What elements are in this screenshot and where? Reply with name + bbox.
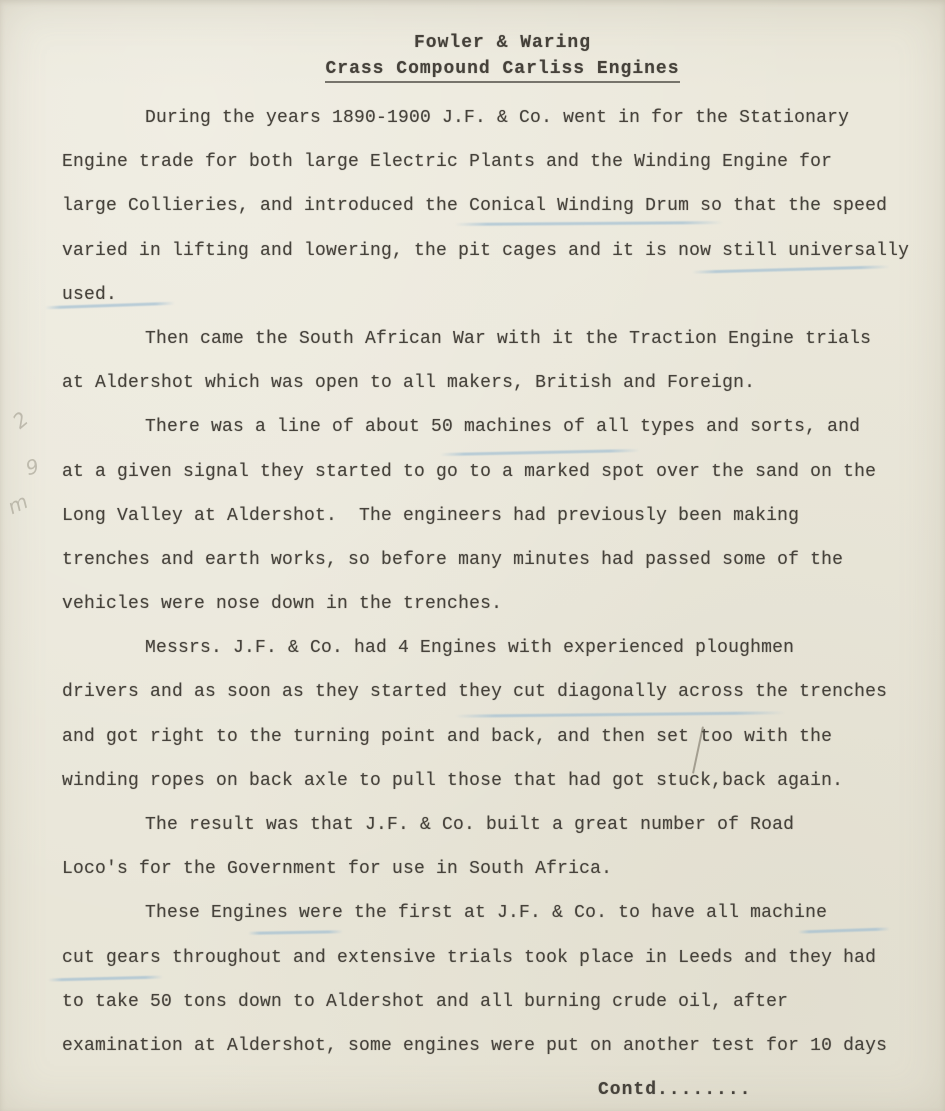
text-line: to take 50 tons down to Aldershot and al… [62,980,907,1024]
text-line: Engine trade for both large Electric Pla… [62,140,907,184]
text-line: There was a line of about 50 machines of… [62,405,907,449]
margin-pencil-mark: 9 [23,454,42,480]
text-line: and got right to the turning point and b… [62,715,907,759]
text-line: varied in lifting and lowering, the pit … [62,229,907,273]
text-line: These Engines were the first at J.F. & C… [62,891,907,935]
text-line: Long Valley at Aldershot. The engineers … [62,494,907,538]
typewritten-page: Fowler & Waring Crass Compound Carliss E… [0,0,945,1111]
title-line-1: Fowler & Waring [60,33,945,53]
document-lines: During the years 1890-1900 J.F. & Co. we… [62,96,907,1111]
text-line: winding ropes on back axle to pull those… [62,759,907,803]
text-line: Loco's for the Government for use in Sou… [62,847,907,891]
text-line: The result was that J.F. & Co. built a g… [62,803,907,847]
document-title: Fowler & Waring Crass Compound Carliss E… [0,33,945,83]
text-line: Contd........ [598,1068,907,1111]
text-line: vehicles were nose down in the trenches. [62,582,907,626]
text-line: at Aldershot which was open to all maker… [62,361,907,405]
text-line: examination at Aldershot, some engines w… [62,1024,907,1068]
text-line: trenches and earth works, so before many… [62,538,907,582]
text-line: used. [62,273,907,317]
margin-pencil-mark: 2 [8,407,33,434]
text-line: at a given signal they started to go to … [62,450,907,494]
text-line: Then came the South African War with it … [62,317,907,361]
text-line: cut gears throughout and extensive trial… [62,936,907,980]
margin-pencil-mark: m [4,489,32,519]
text-line: drivers and as soon as they started they… [62,670,907,714]
title-line-2: Crass Compound Carliss Engines [325,59,679,83]
text-line: During the years 1890-1900 J.F. & Co. we… [62,96,907,140]
text-line: Messrs. J.F. & Co. had 4 Engines with ex… [62,626,907,670]
